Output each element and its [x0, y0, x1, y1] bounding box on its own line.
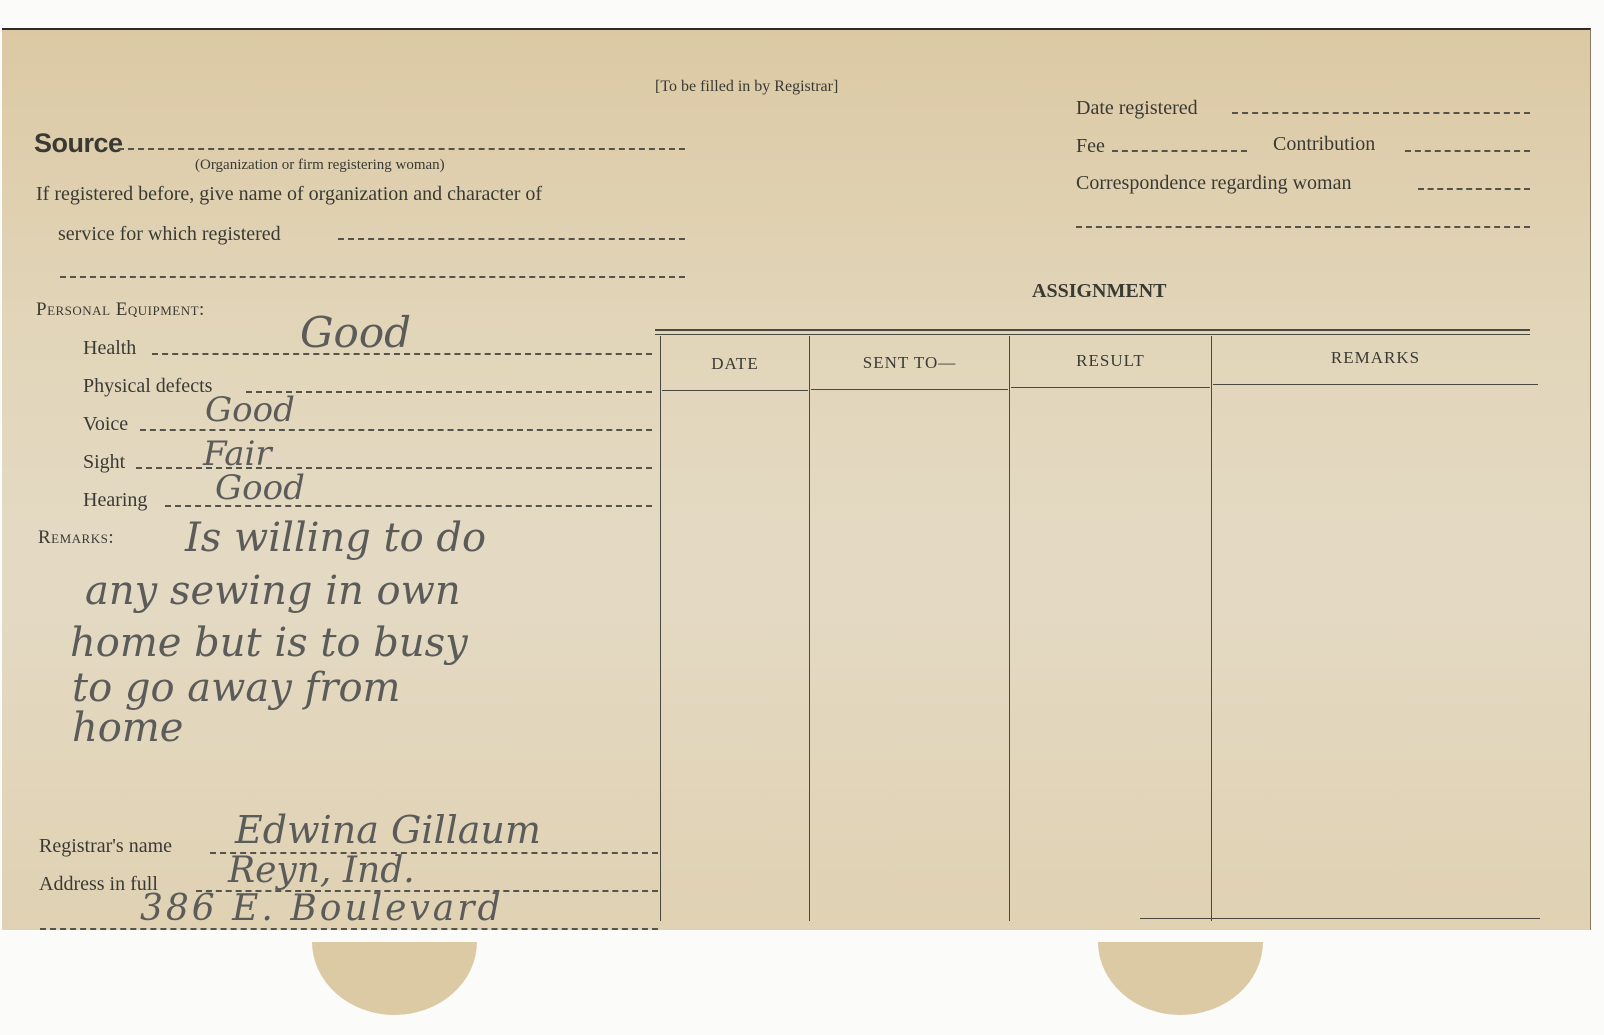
assignment-table-top-rule-inner	[655, 334, 1530, 335]
address-line1-value: Reyn, Ind.	[228, 850, 415, 891]
personal-equipment-heading: Personal Equipment:	[36, 299, 205, 321]
header-rule-date	[662, 390, 808, 391]
sent-to-column-cells[interactable]	[810, 400, 1009, 920]
fee-field[interactable]	[1112, 150, 1247, 152]
source-label: Source	[34, 128, 123, 159]
correspondence-field[interactable]	[1418, 188, 1530, 190]
physical-defects-label: Physical defects	[83, 375, 212, 398]
source-field[interactable]	[118, 148, 685, 150]
date-registered-field[interactable]	[1232, 112, 1530, 114]
previous-registration-field[interactable]	[338, 238, 685, 240]
remarks-line-5: home	[72, 705, 183, 751]
registrar-name-label: Registrar's name	[39, 835, 172, 858]
hearing-label: Hearing	[83, 489, 147, 512]
correspondence-label: Correspondence regarding woman	[1076, 172, 1351, 195]
previous-registration-line1: If registered before, give name of organ…	[36, 183, 542, 206]
assignment-table-top-rule	[655, 329, 1530, 331]
remarks-line-3: home but is to busy	[70, 620, 468, 666]
health-label: Health	[83, 337, 136, 360]
remarks-line-1: Is willing to do	[185, 515, 486, 561]
hearing-value: Good	[215, 468, 305, 508]
physical-defects-field[interactable]	[246, 391, 652, 393]
assignment-title: ASSIGNMENT	[1032, 280, 1166, 303]
remarks-column-cells[interactable]	[1212, 400, 1538, 920]
address-line2-value: 386 E. Boulevard	[140, 888, 504, 929]
date-registered-label: Date registered	[1076, 97, 1198, 120]
voice-value: Good	[205, 390, 295, 430]
result-column-cells[interactable]	[1010, 400, 1211, 920]
contribution-label: Contribution	[1273, 133, 1375, 156]
column-header-date: DATE	[662, 354, 808, 374]
sight-label: Sight	[83, 451, 125, 474]
column-header-remarks: REMARKS	[1213, 348, 1538, 368]
header-rule-sent-to	[811, 389, 1008, 390]
column-header-sent-to: SENT TO—	[811, 353, 1008, 373]
remarks-line-2: any sewing in own	[85, 568, 461, 614]
registrar-note: [To be filled in by Registrar]	[655, 78, 838, 96]
previous-registration-field-2[interactable]	[60, 276, 685, 278]
column-header-result: RESULT	[1011, 351, 1210, 371]
header-rule-remarks	[1213, 384, 1538, 385]
correspondence-field-2[interactable]	[1076, 226, 1530, 228]
contribution-field[interactable]	[1405, 150, 1530, 152]
torn-card-edge	[0, 930, 1604, 942]
header-rule-result	[1011, 387, 1210, 388]
registrar-name-value: Edwina Gillaum	[235, 808, 541, 852]
health-value: Good	[300, 308, 411, 357]
voice-label: Voice	[83, 413, 128, 436]
source-hint: (Organization or firm registering woman)	[195, 157, 445, 174]
remarks-heading: Remarks:	[38, 527, 114, 549]
fee-label: Fee	[1076, 135, 1105, 158]
previous-registration-line2: service for which registered	[58, 223, 281, 246]
date-column-cells[interactable]	[661, 400, 809, 920]
